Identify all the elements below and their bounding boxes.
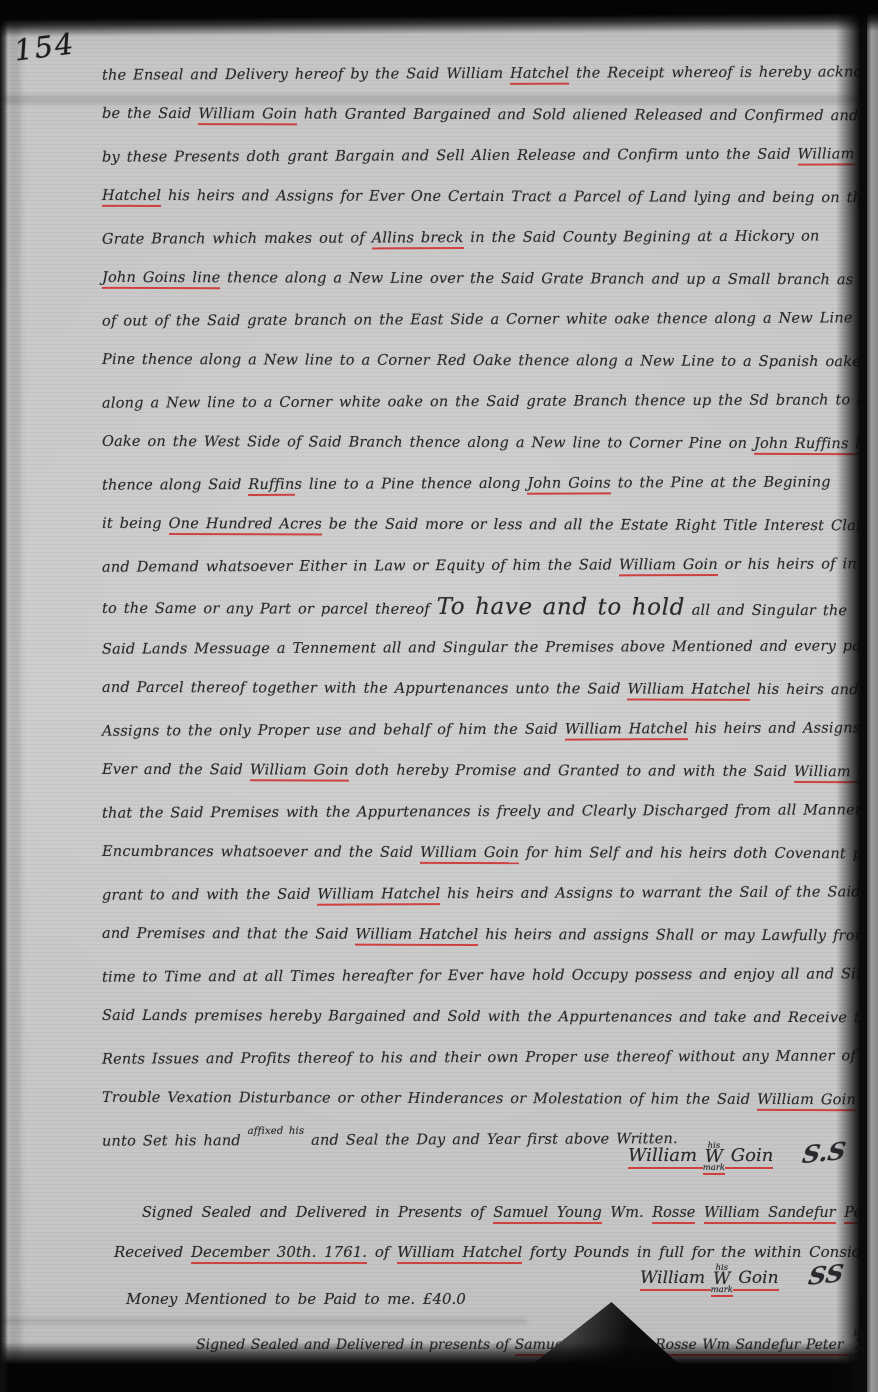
document-line: Said Lands premises hereby Bargained and… <box>102 996 852 1039</box>
underlined-name: Hatchel <box>102 188 161 207</box>
document-line: Pine thence along a New line to a Corner… <box>102 340 852 383</box>
text-segment: in the Said County Begining at a Hickory… <box>464 229 820 247</box>
underlined-name: William Hatchel <box>627 681 750 700</box>
text-segment: along a New line to a Corner white oake … <box>102 392 878 412</box>
underlined-name: William <box>628 1145 703 1169</box>
document-line: to the Same or any Part or parcel thereo… <box>102 586 852 629</box>
text-segment: it being <box>102 516 169 532</box>
underlined-name: Hatchel <box>510 66 569 85</box>
text-segment: his heirs and Assigns for Ever One Certa… <box>161 188 871 206</box>
underlined-name: William <box>640 1268 711 1291</box>
text-segment: for him Self and his heirs doth Covenant… <box>519 845 878 862</box>
document-line: along a New line to a Corner white oake … <box>102 380 852 424</box>
text-segment: Trouble Vexation Disturbance or other Hi… <box>102 1090 757 1108</box>
text-segment: hath Granted Bargained and Sold aliened … <box>297 106 858 124</box>
paper-sheet: 154 the Enseal and Delivery hereof by th… <box>0 0 878 1392</box>
document-line: it being One Hundred Acres be the Said m… <box>102 504 852 547</box>
grantor-signature-block: William hisWmark GoinS.S <box>628 1140 846 1175</box>
consideration-money-line: Money Mentioned to be Paid to me. £40.0 <box>126 1290 466 1308</box>
document-line: and Parcel thereof together with the App… <box>102 668 852 711</box>
underlined-name: Allins breck <box>372 230 464 249</box>
document-line: be the Said William Goin hath Granted Ba… <box>102 94 852 137</box>
underlined-name: William Goin <box>198 106 297 125</box>
document-line: Rents Issues and Profits thereof to his … <box>102 1036 852 1080</box>
text-segment: Wm. <box>602 1205 652 1221</box>
document-line: Trouble Vexation Disturbance or other Hi… <box>102 1078 852 1121</box>
document-line: and Premises and that the Said William H… <box>102 914 852 957</box>
text-segment: Money Mentioned to be Paid to me. £40.0 <box>126 1290 466 1308</box>
underlined-name: William Goin <box>250 762 349 781</box>
text-segment: doth hereby Promise and Granted to and w… <box>349 763 794 780</box>
underlined-name: William Hatchel <box>565 721 688 741</box>
text-segment: thence along Said <box>102 477 248 494</box>
document-line: Hatchel his heirs and Assigns for Ever O… <box>102 176 852 219</box>
deed-body-text: the Enseal and Delivery hereof by the Sa… <box>102 54 852 1161</box>
document-line: Assigns to the only Proper use and behal… <box>102 708 852 752</box>
text-segment: grant to and with the Said <box>102 887 317 904</box>
scan-edge-bottom <box>0 1342 878 1392</box>
text-segment: Signed Sealed and Delivered in Presents … <box>142 1205 493 1221</box>
document-line: Encumbrances whatsoever and the Said Wil… <box>102 832 852 875</box>
text-segment: his heirs and Assigns to warrant the Sai… <box>440 884 878 902</box>
text-segment: Ever and the Said <box>102 762 250 778</box>
underlined-name: William Goin <box>619 557 718 576</box>
document-line: grant to and with the Said William Hatch… <box>102 872 852 916</box>
underlined-name: Rosse <box>652 1205 695 1224</box>
underlined-name: hisWmark <box>711 1264 733 1297</box>
underlined-name: Goin <box>725 1145 773 1169</box>
text-segment: Said Lands premises hereby Bargained and… <box>102 1008 878 1026</box>
text-segment <box>695 1205 704 1221</box>
underlined-name: William Sandefur <box>704 1205 836 1224</box>
binding-shadow-streak <box>8 0 21 1392</box>
text-segment: Said Lands Messuage a Tennement all and … <box>102 638 874 657</box>
text-segment: s line to a Pine thence along <box>294 476 527 493</box>
text-segment: unto Set his hand <box>102 1133 248 1150</box>
text-segment: of <box>367 1243 397 1261</box>
paper-crease <box>0 1318 527 1324</box>
underlined-name: Goin <box>733 1268 779 1291</box>
scan-edge-top <box>0 0 878 37</box>
text-segment: and Demand whatsoever Either in Law or E… <box>102 557 619 575</box>
underlined-name: John Goins line <box>102 270 220 289</box>
text-segment: the Enseal and Delivery hereof by the Sa… <box>102 66 510 84</box>
text-segment: to the Pine at the Begining <box>611 474 831 491</box>
document-line: John Goins line thence along a New Line … <box>102 258 852 301</box>
underlined-name: William Hatchel <box>397 1243 522 1264</box>
document-line: time to Time and at all Times hereafter … <box>102 954 852 998</box>
text-segment: all and Singular the <box>685 603 847 620</box>
document-line: William hisWmark GoinSS <box>640 1262 843 1297</box>
text-segment: be the Said more or less and all the Est… <box>322 517 875 535</box>
text-segment: and Parcel thereof together with the App… <box>102 680 628 698</box>
text-segment: the Receipt whereof is hereby acknowledg… <box>569 64 878 82</box>
text-segment: and Seal the Day and Year first above Wr… <box>304 1131 678 1149</box>
text-segment: forty Pounds in full for the within Cons… <box>522 1243 878 1261</box>
document-line: Signed Sealed and Delivered in Presents … <box>142 1198 878 1231</box>
text-segment: thence along a New Line over the Said Gr… <box>220 270 878 288</box>
witness-attestation-line: Signed Sealed and Delivered in Presents … <box>142 1198 878 1231</box>
scanned-deed-page: { "page": { "number": "154" }, "colors":… <box>0 0 878 1392</box>
document-line: the Enseal and Delivery hereof by the Sa… <box>102 52 852 96</box>
underlined-name: William Hatchel <box>317 886 440 906</box>
underlined-name: Ruffin <box>248 477 294 496</box>
text-segment: Grate Branch which makes out of <box>102 230 372 247</box>
document-line: Grate Branch which makes out of Allins b… <box>102 216 852 260</box>
text-segment: to the Same or any Part or parcel thereo… <box>102 601 437 618</box>
text-segment: Assigns to the only Proper use and behal… <box>102 722 565 740</box>
text-segment: Encumbrances whatsoever and the Said <box>102 844 420 861</box>
document-line: William hisWmark GoinS.S <box>628 1140 846 1175</box>
underlined-name: John Goins <box>527 475 611 494</box>
text-segment: Pine thence along a New line to a Corner… <box>102 352 878 371</box>
underlined-name: William Hatchel <box>355 927 478 946</box>
document-line: Ever and the Said William Goin doth here… <box>102 750 852 793</box>
text-segment: his heirs and assigns Shall or may Lawfu… <box>478 927 868 944</box>
document-line: Oake on the West Side of Said Branch the… <box>102 422 852 465</box>
text-segment: Received <box>114 1243 191 1261</box>
underlined-name: December 30th. 1761. <box>191 1243 367 1264</box>
text-segment: time to Time and at all Times hereafter … <box>102 966 878 986</box>
text-segment: by these Presents doth grant Bargain and… <box>102 147 798 166</box>
text-segment: Rents Issues and Profits thereof to his … <box>102 1048 878 1068</box>
document-line: Received December 30th. 1761. of William… <box>114 1243 878 1261</box>
text-segment: that the Said Premises with the Appurten… <box>102 802 878 821</box>
underlined-name: Samuel Young <box>493 1205 602 1224</box>
text-segment: of out of the Said grate branch on the E… <box>102 310 878 330</box>
document-line: of out of the Said grate branch on the E… <box>102 298 852 342</box>
underlined-name: hisWmark <box>703 1142 725 1175</box>
document-line: thence along Said Ruffins line to a Pine… <box>102 462 852 506</box>
document-line: Said Lands Messuage a Tennement all and … <box>102 626 852 670</box>
underlined-name: William Goin <box>420 845 519 864</box>
text-segment: To have and to hold <box>437 594 685 621</box>
scan-edge-left <box>0 0 8 1392</box>
text-segment: be the Said <box>102 106 198 122</box>
payment-receipt-line: Received December 30th. 1761. of William… <box>114 1243 878 1261</box>
text-segment: affixed his <box>248 1126 305 1137</box>
text-segment: and Premises and that the Said <box>102 926 355 943</box>
underlined-name: One Hundred Acres <box>169 516 322 535</box>
book-gutter-shadow <box>836 0 868 1392</box>
document-line: by these Presents doth grant Bargain and… <box>102 134 852 178</box>
adjacent-page-edge <box>867 0 878 1392</box>
document-line: Money Mentioned to be Paid to me. £40.0 <box>126 1290 466 1308</box>
grantor-signature-block-2: William hisWmark GoinSS <box>640 1262 843 1297</box>
document-line: that the Said Premises with the Appurten… <box>102 790 852 834</box>
text-segment: Oake on the West Side of Said Branch the… <box>102 434 754 452</box>
document-line: and Demand whatsoever Either in Law or E… <box>102 544 852 588</box>
